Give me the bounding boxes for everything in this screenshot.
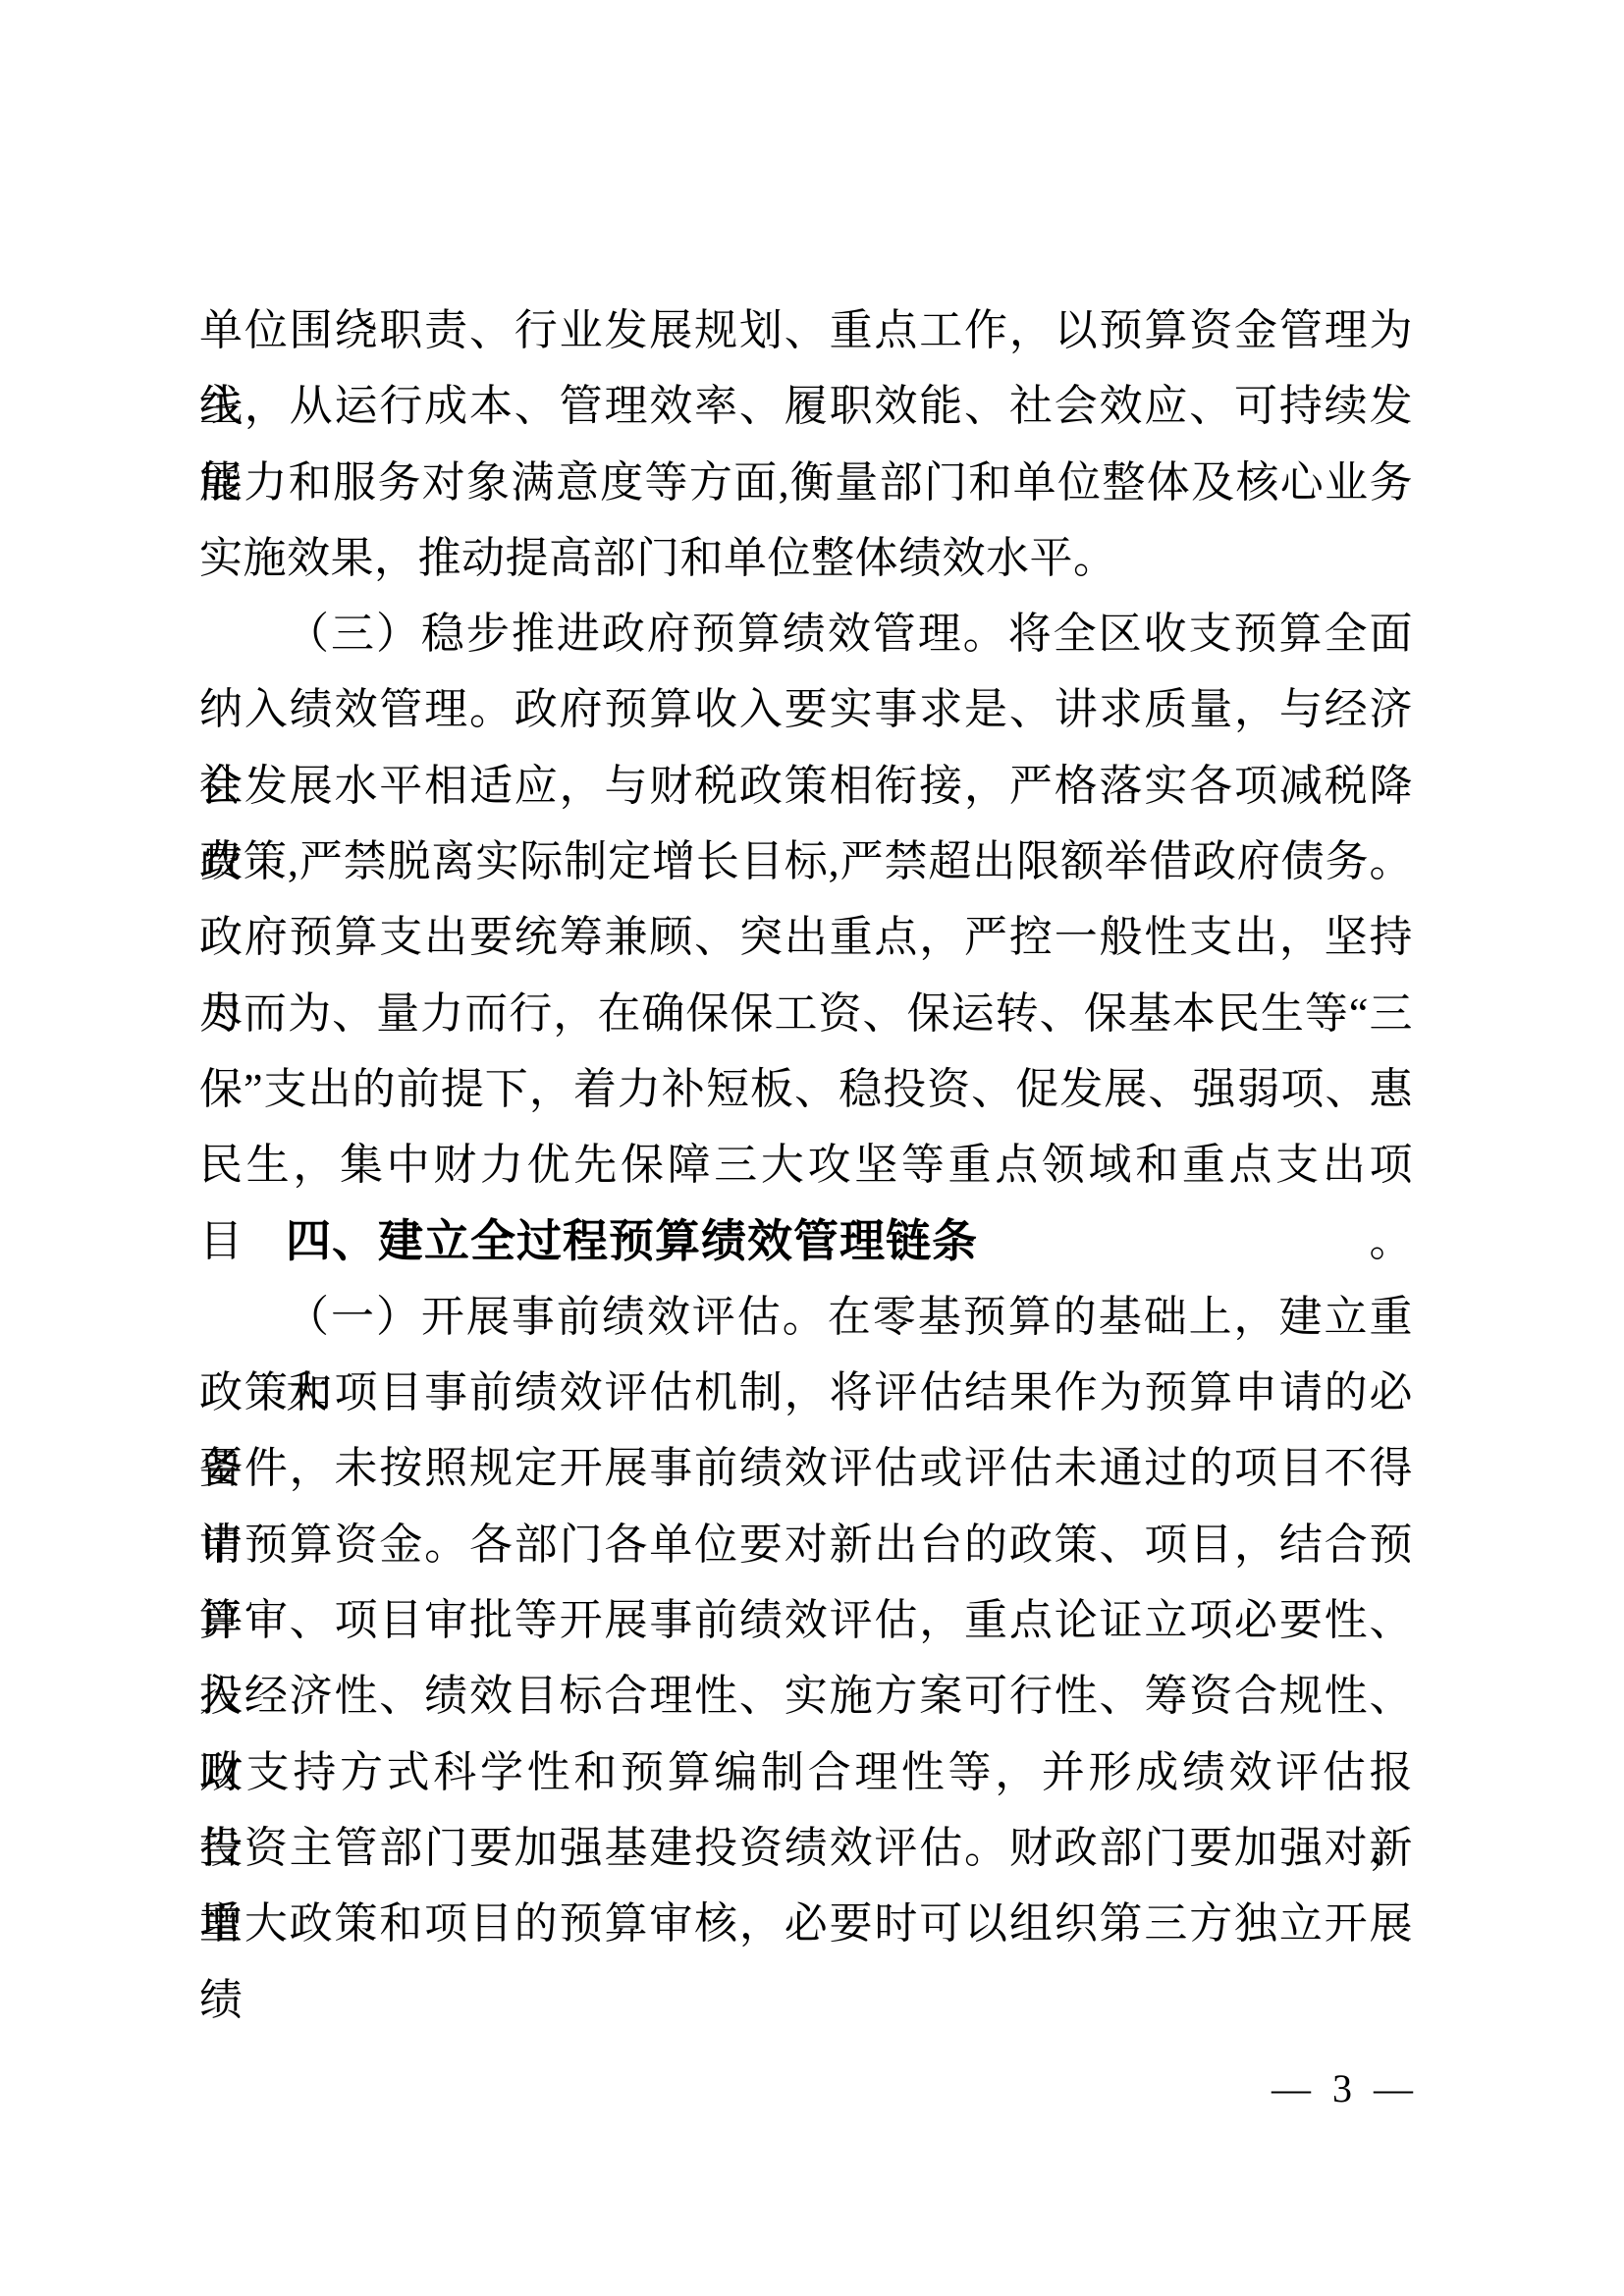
body-line: 单位围绕职责、行业发展规划、重点工作，以预算资金管理为主 bbox=[199, 293, 1413, 368]
body-line: 纳入绩效管理。政府预算收入要实事求是、讲求质量，与经济社 bbox=[199, 671, 1413, 747]
body-line: 重大政策和项目的预算审核，必要时可以组织第三方独立开展绩 bbox=[199, 1886, 1413, 1961]
paragraph-1: 单位围绕职责、行业发展规划、重点工作，以预算资金管理为主 线，从运行成本、管理效… bbox=[199, 293, 1413, 596]
body-line: 民生，集中财力优先保障三大攻坚等重点领域和重点支出项目。 bbox=[199, 1127, 1413, 1202]
text-block: 单位围绕职责、行业发展规划、重点工作，以预算资金管理为主 线，从运行成本、管理效… bbox=[199, 293, 1413, 1962]
body-line: 政支持方式科学性和预算编制合理性等，并形成绩效评估报告， bbox=[199, 1735, 1413, 1810]
body-line: 政策和项目事前绩效评估机制，将评估结果作为预算申请的必备 bbox=[199, 1355, 1413, 1430]
body-line: （三）稳步推进政府预算绩效管理。将全区收支预算全面 bbox=[199, 596, 1413, 671]
body-line: 实施效果，推动提高部门和单位整体绩效水平。 bbox=[199, 520, 1413, 596]
document-page: 单位围绕职责、行业发展规划、重点工作，以预算资金管理为主 线，从运行成本、管理效… bbox=[0, 0, 1624, 2296]
body-line: 力而为、量力而行，在确保保工资、保运转、保基本民生等“三 bbox=[199, 976, 1413, 1051]
body-line: 要件，未按照规定开展事前绩效评估或评估未通过的项目不得申 bbox=[199, 1430, 1413, 1506]
body-line: 请预算资金。各部门各单位要对新出台的政策、项目，结合预算 bbox=[199, 1507, 1413, 1582]
body-line: 线，从运行成本、管理效率、履职效能、社会效应、可持续发展 bbox=[199, 368, 1413, 444]
body-line: 保”支出的前提下，着力补短板、稳投资、促发展、强弱项、惠 bbox=[199, 1051, 1413, 1127]
paragraph-3: （一）开展事前绩效评估。在零基预算的基础上，建立重大 政策和项目事前绩效评估机制… bbox=[199, 1279, 1413, 1962]
body-line: 入经济性、绩效目标合理性、实施方案可行性、筹资合规性、财 bbox=[199, 1658, 1413, 1734]
body-line: 投资主管部门要加强基建投资绩效评估。财政部门要加强对新增 bbox=[199, 1810, 1413, 1886]
body-line: 评审、项目审批等开展事前绩效评估，重点论证立项必要性、投 bbox=[199, 1582, 1413, 1658]
body-line: 政策,严禁脱离实际制定增长目标,严禁超出限额举借政府债务。 bbox=[199, 824, 1413, 899]
body-line: （一）开展事前绩效评估。在零基预算的基础上，建立重大 bbox=[199, 1279, 1413, 1355]
paragraph-2: （三）稳步推进政府预算绩效管理。将全区收支预算全面 纳入绩效管理。政府预算收入要… bbox=[199, 596, 1413, 1202]
body-line: 会发展水平相适应，与财税政策相衔接，严格落实各项减税降费 bbox=[199, 748, 1413, 824]
page-number: — 3 — bbox=[1272, 2059, 1419, 2118]
body-line: 政府预算支出要统筹兼顾、突出重点，严控一般性支出，坚持尽 bbox=[199, 899, 1413, 975]
body-line: 能力和服务对象满意度等方面,衡量部门和单位整体及核心业务 bbox=[199, 445, 1413, 520]
